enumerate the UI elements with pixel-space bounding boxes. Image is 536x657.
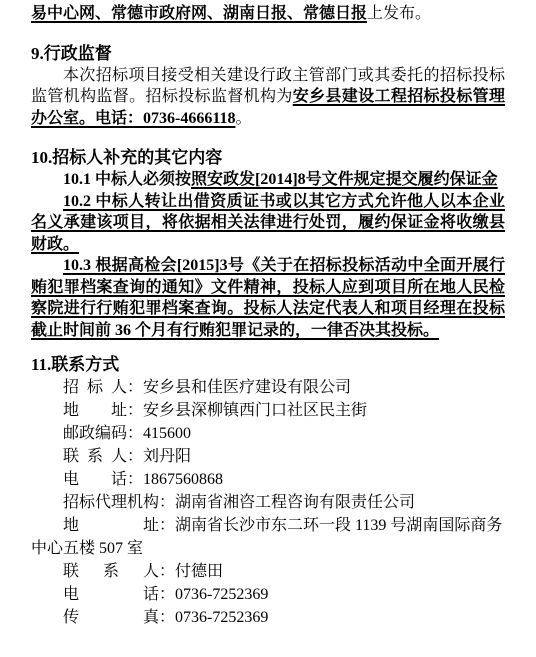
contact-colon: ： (159, 517, 175, 534)
intro-publish-suffix-text: 上发布。 (367, 5, 431, 22)
contact-row: 招标人：安乡县和佳医疗建设有限公司 (31, 376, 505, 399)
intro-publish-sites-text: 易中心网、常德市政府网、湖南日报、常德日报 (31, 5, 367, 22)
contact-value: 付德田 (175, 563, 223, 580)
clause-10-2-text: 10.2 中标人转让出借资质证书或以其它方式允许他人以本企业名义承建该项目，将依… (31, 193, 505, 253)
contact-label: 地址 (63, 514, 159, 537)
contact-value: 安乡县和佳医疗建设有限公司 (143, 379, 351, 396)
contact-label: 联系人 (63, 560, 159, 583)
contact-label: 电话 (63, 468, 127, 491)
contact-row: 联系人：付德田 (31, 560, 505, 583)
contact-row: 传真：0736-7252369 (31, 606, 505, 629)
contact-value: 湖南省湘咨工程咨询有限责任公司 (175, 494, 415, 511)
contact-colon: ： (159, 609, 175, 626)
contact-row: 电话：1867560868 (31, 468, 505, 491)
clause-10-1-body-text: 照安政发[2014]8号文件规定提交履约保证金 (191, 171, 498, 188)
contact-colon: ： (127, 379, 143, 396)
contact-value: 0736-7252369 (175, 586, 268, 603)
contact-colon: ： (127, 425, 143, 442)
contact-colon: ： (127, 471, 143, 488)
contact-colon: ： (159, 586, 175, 603)
document-page: 易中心网、常德市政府网、湖南日报、常德日报上发布。 9.行政监督 本次招标项目接… (0, 0, 536, 657)
contact-label: 招标代理机构 (63, 491, 159, 514)
intro-line: 易中心网、常德市政府网、湖南日报、常德日报上发布。 (31, 3, 505, 25)
section-11-heading: 11.联系方式 (31, 354, 505, 376)
contact-colon: ： (159, 563, 175, 580)
contact-label: 传真 (63, 606, 159, 629)
contact-label: 地址 (63, 399, 127, 422)
contact-row: 联系人：刘丹阳 (31, 445, 505, 468)
section-10-heading: 10.招标人补充的其它内容 (31, 147, 505, 169)
section-9-paragraph: 本次招标项目接受相关建设行政主管部门或其委托的招标投标监管机构监督。招标投标监督… (31, 65, 505, 130)
contact-colon: ： (127, 448, 143, 465)
clause-10-1: 10.1 中标人必须按照安政发[2014]8号文件规定提交履约保证金 (31, 169, 505, 191)
section-9-heading: 9.行政监督 (31, 43, 505, 65)
contact-row: 电话：0736-7252369 (31, 583, 505, 606)
clause-10-3: 10.3 根据高检会[2015]3号《关于在招标投标活动中全面开展行贿犯罪档案查… (31, 255, 505, 341)
contact-label: 联系人 (63, 445, 127, 468)
contact-list: 招标人：安乡县和佳医疗建设有限公司地址：安乡县深柳镇西门口社区民主街邮政编码：4… (31, 376, 505, 629)
contact-row: 地址：湖南省长沙市东二环一段 1139 号湖南国际商务中心五楼 507 室 (31, 514, 505, 560)
contact-value: 刘丹阳 (143, 448, 191, 465)
contact-label: 招标人 (63, 376, 127, 399)
contact-value: 415600 (143, 425, 191, 442)
clause-10-3-text: 10.3 根据高检会[2015]3号《关于在招标投标活动中全面开展行贿犯罪档案查… (31, 257, 505, 339)
contact-colon: ： (127, 402, 143, 419)
contact-colon: ： (159, 494, 175, 511)
clause-10-1-lead-text: 10.1 中标人必须按 (63, 171, 191, 188)
contact-value: 1867560868 (143, 471, 223, 488)
contact-label: 电话 (63, 583, 159, 606)
supervision-closing-text: 。 (235, 110, 251, 127)
contact-row: 邮政编码：415600 (31, 422, 505, 445)
contact-row: 地址：安乡县深柳镇西门口社区民主街 (31, 399, 505, 422)
contact-row: 招标代理机构：湖南省湘咨工程咨询有限责任公司 (31, 491, 505, 514)
contact-value: 0736-7252369 (175, 609, 268, 626)
contact-label: 邮政编码 (63, 422, 127, 445)
clause-10-2: 10.2 中标人转让出借资质证书或以其它方式允许他人以本企业名义承建该项目，将依… (31, 191, 505, 256)
contact-value: 安乡县深柳镇西门口社区民主街 (143, 402, 367, 419)
